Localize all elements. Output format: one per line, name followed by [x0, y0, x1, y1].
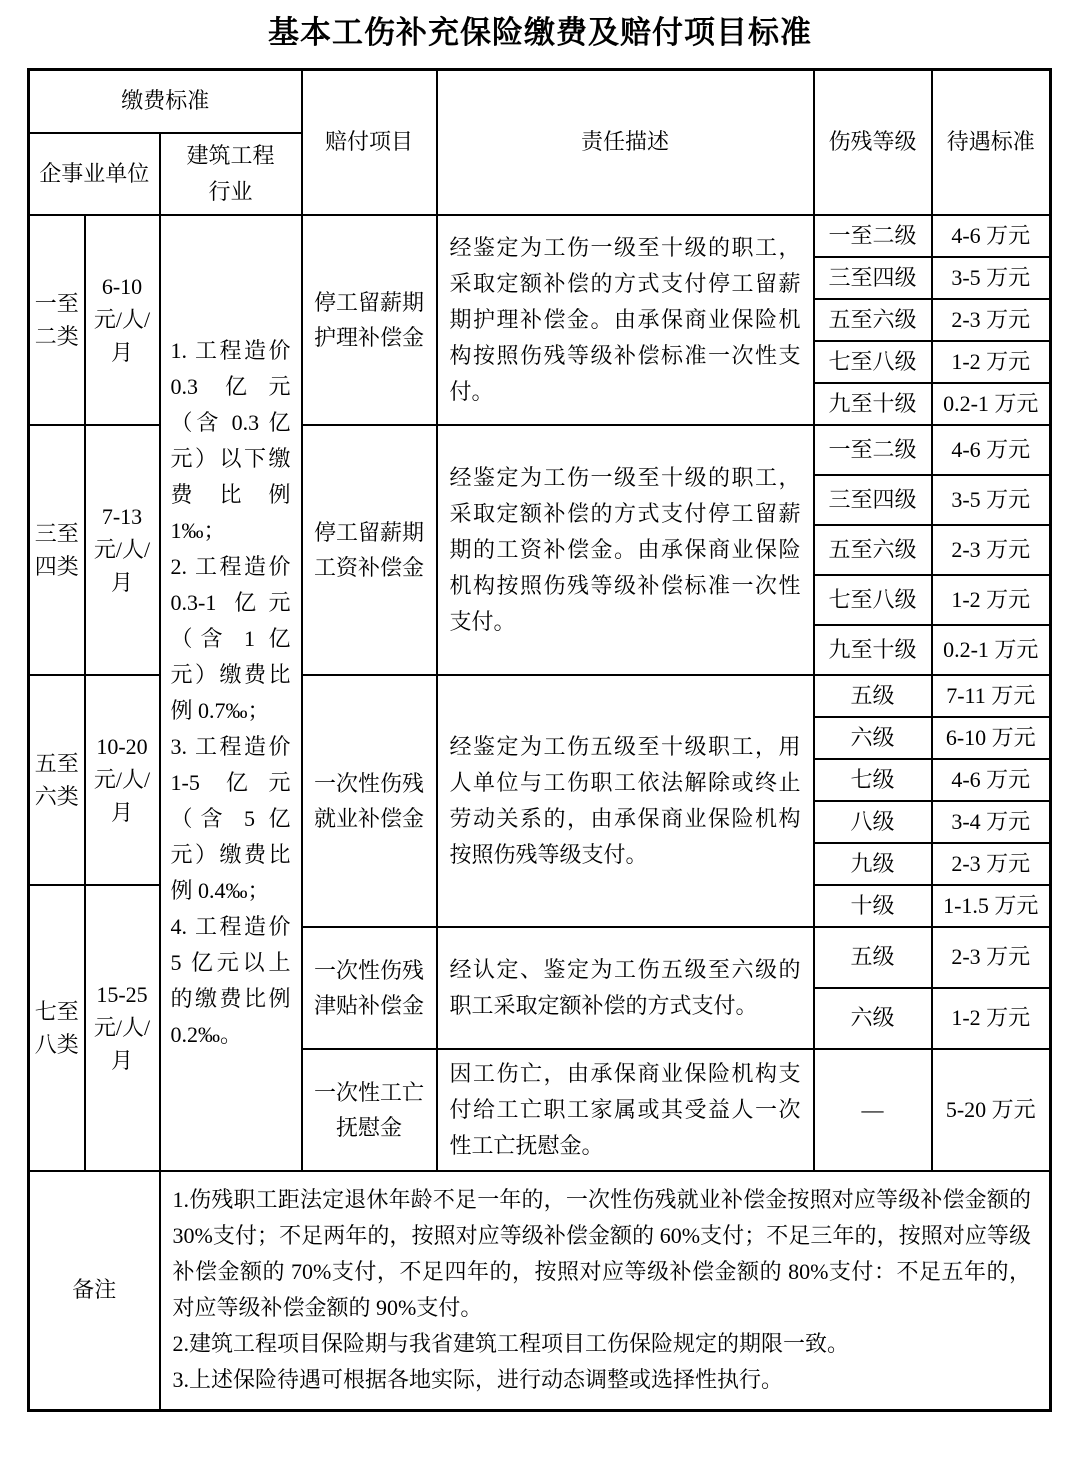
- header-benefit-standard: 待遇标准: [932, 70, 1051, 215]
- remark-item-3: 3.上述保险待遇可根据各地实际，进行动态调整或选择性执行。: [173, 1362, 1032, 1398]
- payout-item-cell: 一次性工亡抚慰金: [302, 1049, 437, 1171]
- benefit-cell: 0.2-1 万元: [932, 625, 1051, 675]
- grade-cell: 一至二级: [814, 215, 932, 257]
- payout-item-cell: 一次性伤残就业补偿金: [302, 675, 437, 927]
- page-title: 基本工伤补充保险缴费及赔付项目标准: [0, 0, 1080, 53]
- remark-item-1: 1.伤残职工距法定退休年龄不足一年的，一次性伤残就业补偿金按照对应等级补偿金额的…: [173, 1182, 1032, 1326]
- payout-item-cell: 一次性伤残津贴补偿金: [302, 927, 437, 1049]
- grade-cell: 五至六级: [814, 299, 932, 341]
- remark-item-2: 2.建筑工程项目保险期与我省建筑工程项目工伤保险规定的期限一致。: [173, 1326, 1032, 1362]
- responsibility-cell: 经鉴定为工伤一级至十级的职工，采取定额补偿的方式支付停工留薪期护理补偿金。由承保…: [437, 215, 814, 425]
- header-responsibility: 责任描述: [437, 70, 814, 215]
- benefit-cell: 2-3 万元: [932, 299, 1051, 341]
- grade-cell: 六级: [814, 988, 932, 1049]
- benefit-cell: 1-2 万元: [932, 341, 1051, 383]
- insurance-standards-table: 缴费标准 赔付项目 责任描述 伤残等级 待遇标准 企事业单位 建筑工程行业 一至…: [27, 68, 1052, 1412]
- category-cell: 五至六类: [29, 675, 85, 885]
- benefit-cell: 4-6 万元: [932, 759, 1051, 801]
- header-construction-industry: 建筑工程行业: [160, 133, 302, 215]
- header-row-1: 缴费标准 赔付项目 责任描述 伤残等级 待遇标准: [29, 70, 1051, 133]
- remark-row: 备注 1.伤残职工距法定退休年龄不足一年的，一次性伤残就业补偿金按照对应等级补偿…: [29, 1171, 1051, 1411]
- grade-cell: 三至四级: [814, 475, 932, 525]
- remark-text: 1.伤残职工距法定退休年龄不足一年的，一次性伤残就业补偿金按照对应等级补偿金额的…: [160, 1171, 1051, 1411]
- grade-cell: —: [814, 1049, 932, 1171]
- grade-cell: 九至十级: [814, 383, 932, 425]
- grade-cell: 十级: [814, 885, 932, 927]
- header-disability-grade: 伤残等级: [814, 70, 932, 215]
- category-cell: 一至二类: [29, 215, 85, 425]
- grade-cell: 五至六级: [814, 525, 932, 575]
- header-payout-item: 赔付项目: [302, 70, 437, 215]
- benefit-cell: 2-3 万元: [932, 525, 1051, 575]
- fee-cell: 6-10 元/人/月: [85, 215, 160, 425]
- benefit-cell: 2-3 万元: [932, 927, 1051, 988]
- grade-cell: 五级: [814, 927, 932, 988]
- fee-cell: 10-20 元/人/月: [85, 675, 160, 885]
- benefit-cell: 3-5 万元: [932, 257, 1051, 299]
- fee-cell: 15-25 元/人/月: [85, 885, 160, 1171]
- benefit-cell: 3-5 万元: [932, 475, 1051, 525]
- benefit-cell: 1-1.5 万元: [932, 885, 1051, 927]
- responsibility-cell: 经认定、鉴定为工伤五级至六级的职工采取定额补偿的方式支付。: [437, 927, 814, 1049]
- grade-cell: 七级: [814, 759, 932, 801]
- benefit-cell: 7-11 万元: [932, 675, 1051, 717]
- grade-cell: 七至八级: [814, 575, 932, 625]
- responsibility-cell: 经鉴定为工伤五级至十级职工，用人单位与工伤职工依法解除或终止劳动关系的，由承保商…: [437, 675, 814, 927]
- construction-rates-cell: 1. 工程造价 0.3 亿元（含 0.3 亿元）以下缴费比例 1‰； 2. 工程…: [160, 215, 302, 1171]
- remark-label: 备注: [29, 1171, 160, 1411]
- header-payment-standard: 缴费标准: [29, 70, 302, 133]
- benefit-cell: 4-6 万元: [932, 215, 1051, 257]
- grade-cell: 五级: [814, 675, 932, 717]
- header-enterprise-unit: 企事业单位: [29, 133, 160, 215]
- benefit-cell: 5-20 万元: [932, 1049, 1051, 1171]
- fee-cell: 7-13 元/人/月: [85, 425, 160, 675]
- payout-item-cell: 停工留薪期护理补偿金: [302, 215, 437, 425]
- category-cell: 七至八类: [29, 885, 85, 1171]
- benefit-cell: 0.2-1 万元: [932, 383, 1051, 425]
- payout-item-cell: 停工留薪期工资补偿金: [302, 425, 437, 675]
- benefit-cell: 1-2 万元: [932, 575, 1051, 625]
- table-row: 一至二类 6-10 元/人/月 1. 工程造价 0.3 亿元（含 0.3 亿元）…: [29, 215, 1051, 257]
- grade-cell: 八级: [814, 801, 932, 843]
- grade-cell: 九级: [814, 843, 932, 885]
- grade-cell: 六级: [814, 717, 932, 759]
- benefit-cell: 2-3 万元: [932, 843, 1051, 885]
- responsibility-cell: 因工伤亡，由承保商业保险机构支付给工亡职工家属或其受益人一次性工亡抚慰金。: [437, 1049, 814, 1171]
- grade-cell: 一至二级: [814, 425, 932, 475]
- grade-cell: 七至八级: [814, 341, 932, 383]
- benefit-cell: 4-6 万元: [932, 425, 1051, 475]
- responsibility-cell: 经鉴定为工伤一级至十级的职工，采取定额补偿的方式支付停工留薪期的工资补偿金。由承…: [437, 425, 814, 675]
- grade-cell: 九至十级: [814, 625, 932, 675]
- benefit-cell: 1-2 万元: [932, 988, 1051, 1049]
- benefit-cell: 6-10 万元: [932, 717, 1051, 759]
- grade-cell: 三至四级: [814, 257, 932, 299]
- benefit-cell: 3-4 万元: [932, 801, 1051, 843]
- category-cell: 三至四类: [29, 425, 85, 675]
